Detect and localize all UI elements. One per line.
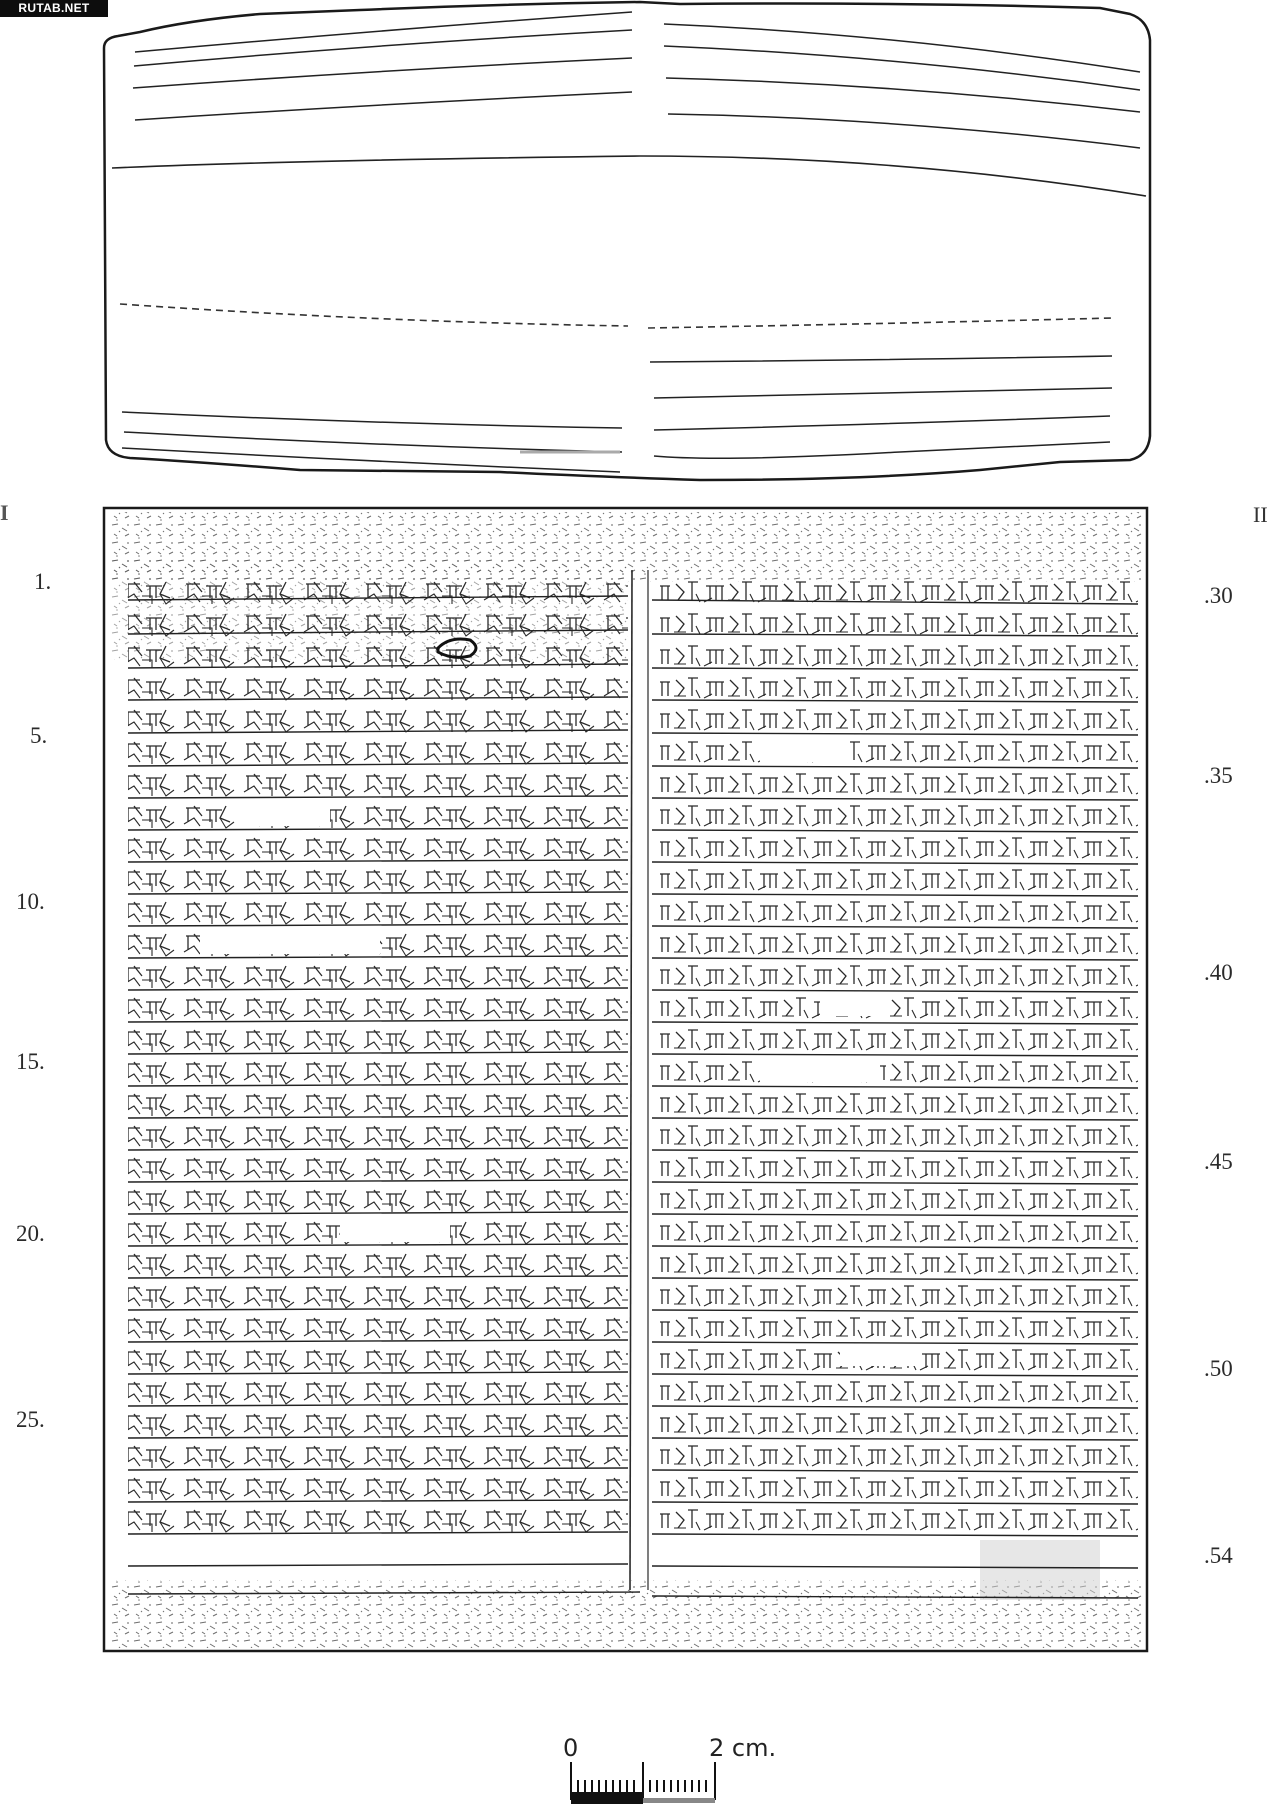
line-number-40: .40 [1204,960,1233,986]
line-number-25: 25. [16,1407,45,1433]
line-number-54: .54 [1204,1543,1233,1569]
line-number-1: 1. [34,569,51,595]
scale-bar [571,1762,715,1804]
line-number-10: 10. [16,889,45,915]
scale-start-label: 0 [563,1734,578,1762]
scale-end-label: 2 cm. [709,1734,776,1762]
tablet-drawing [0,0,1280,1807]
line-number-45: .45 [1204,1149,1233,1175]
line-number-20: 20. [16,1221,45,1247]
tablet-face [104,508,1147,1651]
line-number-15: 15. [16,1049,45,1075]
column-label-right: II [1253,502,1268,528]
line-number-30: .30 [1204,583,1233,609]
line-number-50: .50 [1204,1356,1233,1382]
line-number-5: 5. [30,723,47,749]
column-label-left: I [0,500,9,526]
top-edge-view [104,2,1150,480]
line-number-35: .35 [1204,763,1233,789]
